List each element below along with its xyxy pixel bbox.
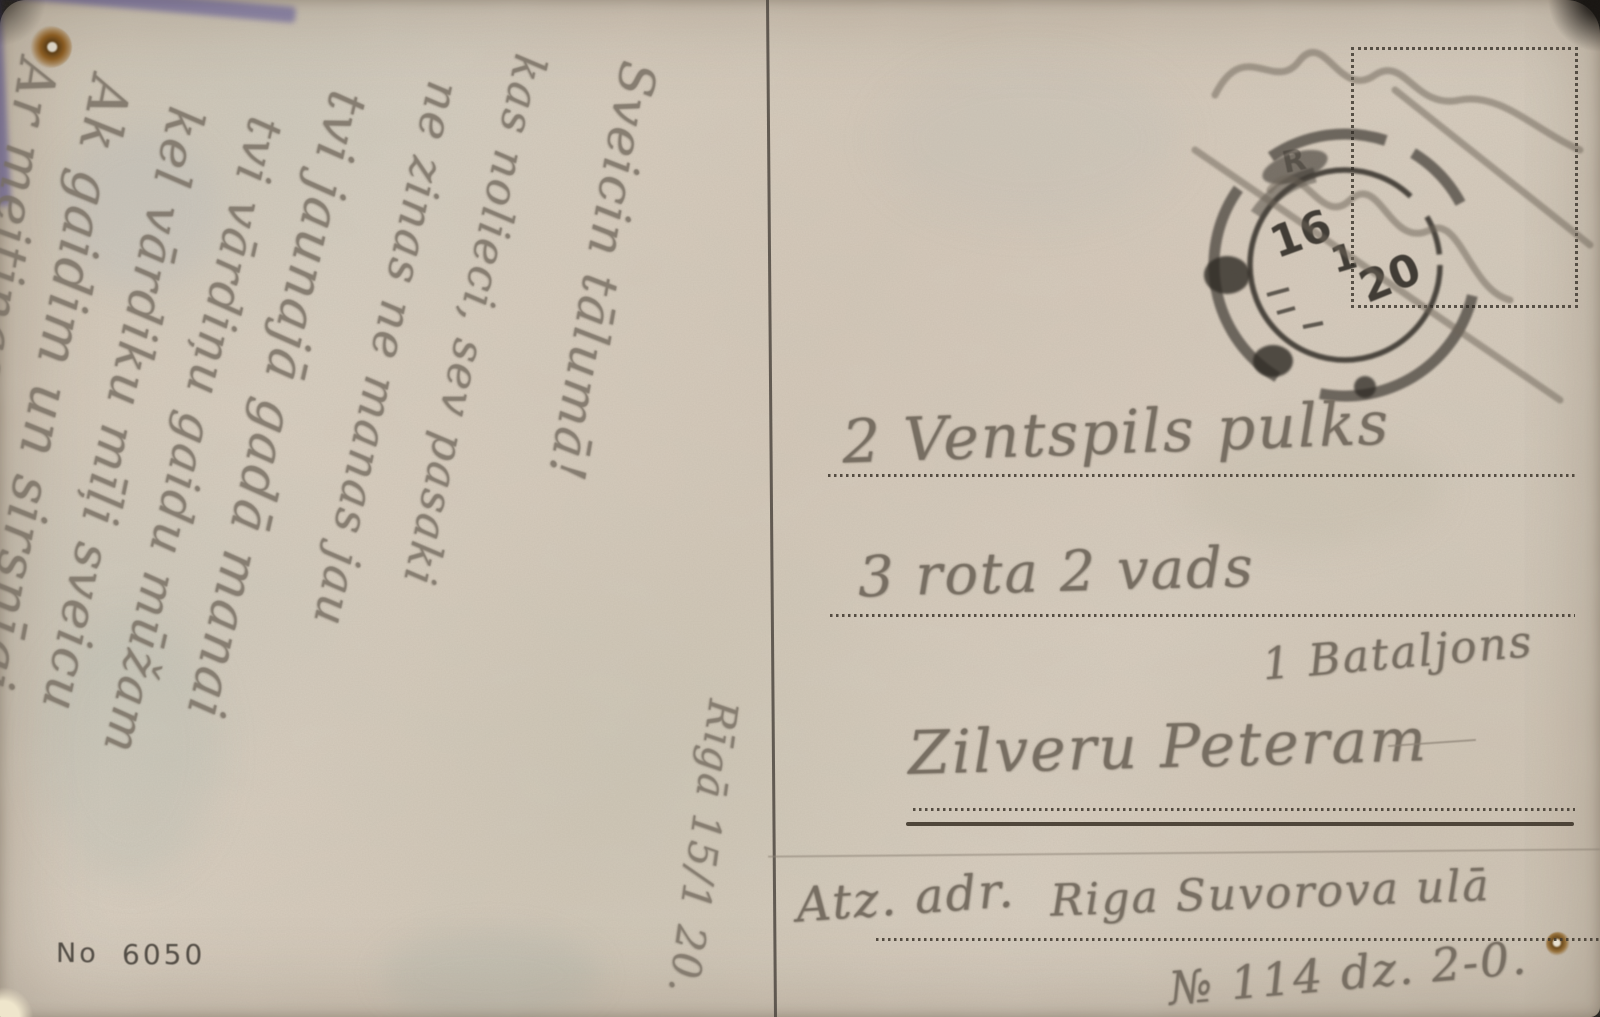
address-line-1: 2 Ventspils pulks	[841, 388, 1391, 477]
address-line-2: 3 rota 2 vads	[857, 535, 1255, 610]
message-date-note: Rīgā 15/1 20.	[659, 697, 746, 998]
violet-ink-smudge	[0, 0, 296, 23]
address-ruling-2	[830, 614, 1575, 617]
recipient-name: Zilveru Peteram	[907, 705, 1429, 789]
pencil-rule	[768, 848, 1600, 857]
stain	[380, 930, 600, 1017]
pen-scrawl	[1140, 0, 1600, 430]
message-line: Sveicin tālumā!	[537, 57, 668, 486]
print-number-label: No	[56, 938, 99, 969]
print-number-value: 6050	[122, 938, 205, 971]
address-line-3: 1 Bataljons	[1260, 616, 1535, 690]
stain	[880, 60, 1180, 220]
return-address-prefix: Atz. adr.	[794, 862, 1017, 933]
divider-line	[766, 0, 776, 1017]
recipient-underline	[906, 822, 1574, 826]
address-ruling-1	[828, 474, 1578, 477]
return-address-line2: № 114 dz. 2-0.	[1166, 930, 1530, 1015]
postcard-photo: 16 R 1 20 Sveicin tālumā! kas nolieci, s…	[0, 0, 1600, 1017]
corner-chip	[0, 978, 40, 1017]
rust-hole	[1546, 932, 1570, 956]
postcard-back: 16 R 1 20 Sveicin tālumā! kas nolieci, s…	[0, 0, 1600, 1017]
return-address-street: Riga Suvorova ulā	[1049, 860, 1491, 926]
recipient-ruling	[913, 808, 1575, 811]
